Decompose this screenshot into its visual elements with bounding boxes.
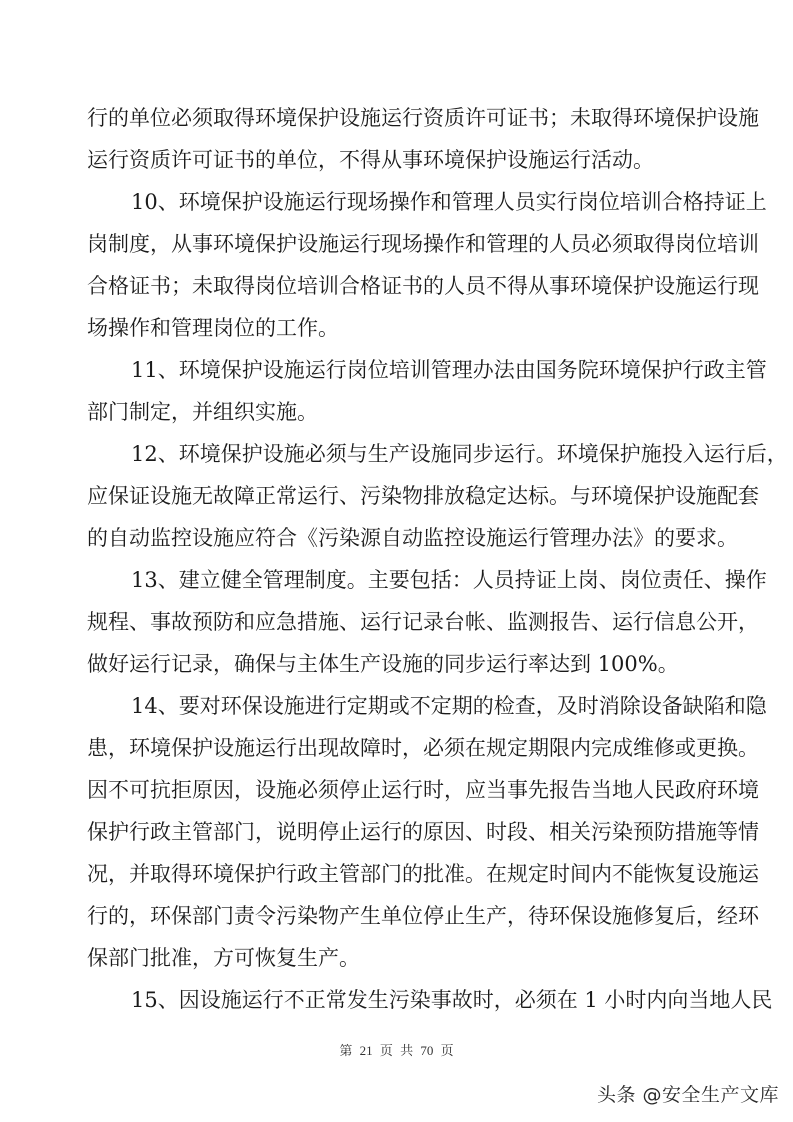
text-line: 运行资质许可证书的单位，不得从事环境保护设施运行活动。 [87, 139, 718, 181]
paragraph-10-start: 10、环境保护设施运行现场操作和管理人员实行岗位培训合格持证上 [87, 181, 718, 223]
text-line: 保部门批准，方可恢复生产。 [87, 937, 718, 979]
page-number: 第 21 页 共 70 页 [0, 1040, 793, 1059]
text-line: 合格证书；未取得岗位培训合格证书的人员不得从事环境保护设施运行现 [87, 265, 718, 307]
text-line: 应保证设施无故障正常运行、污染物排放稳定达标。与环境保护设施配套 [87, 475, 718, 517]
text-line: 保护行政主管部门，说明停止运行的原因、时段、相关污染预防措施等情 [87, 811, 718, 853]
paragraph-14-start: 14、要对环保设施进行定期或不定期的检查，及时消除设备缺陷和隐 [87, 685, 718, 727]
text-line: 岗制度，从事环境保护设施运行现场操作和管理的人员必须取得岗位培训 [87, 223, 718, 265]
paragraph-12-start: 12、环境保护设施必须与生产设施同步运行。环境保护施投入运行后， [87, 433, 718, 475]
document-body: 行的单位必须取得环境保护设施运行资质许可证书；未取得环境保护设施 运行资质许可证… [87, 97, 718, 1021]
watermark: 头条 @安全生产文库 [597, 1080, 779, 1107]
text-line: 规程、事故预防和应急措施、运行记录台帐、监测报告、运行信息公开， [87, 601, 718, 643]
text-line: 行的，环保部门责令污染物产生单位停止生产，待环保设施修复后，经环 [87, 895, 718, 937]
text-line: 场操作和管理岗位的工作。 [87, 307, 718, 349]
paragraph-15-start: 15、因设施运行不正常发生污染事故时，必须在 1 小时内向当地人民 [87, 979, 718, 1021]
text-line: 况，并取得环境保护行政主管部门的批准。在规定时间内不能恢复设施运 [87, 853, 718, 895]
text-line: 的自动监控设施应符合《污染源自动监控设施运行管理办法》的要求。 [87, 517, 718, 559]
text-line: 患，环境保护设施运行出现故障时，必须在规定期限内完成维修或更换。 [87, 727, 718, 769]
text-line: 部门制定，并组织实施。 [87, 391, 718, 433]
paragraph-13-start: 13、建立健全管理制度。主要包括：人员持证上岗、岗位责任、操作 [87, 559, 718, 601]
text-line: 做好运行记录，确保与主体生产设施的同步运行率达到 100%。 [87, 643, 718, 685]
text-line: 行的单位必须取得环境保护设施运行资质许可证书；未取得环境保护设施 [87, 97, 718, 139]
paragraph-11-start: 11、环境保护设施运行岗位培训管理办法由国务院环境保护行政主管 [87, 349, 718, 391]
text-line: 因不可抗拒原因，设施必须停止运行时，应当事先报告当地人民政府环境 [87, 769, 718, 811]
